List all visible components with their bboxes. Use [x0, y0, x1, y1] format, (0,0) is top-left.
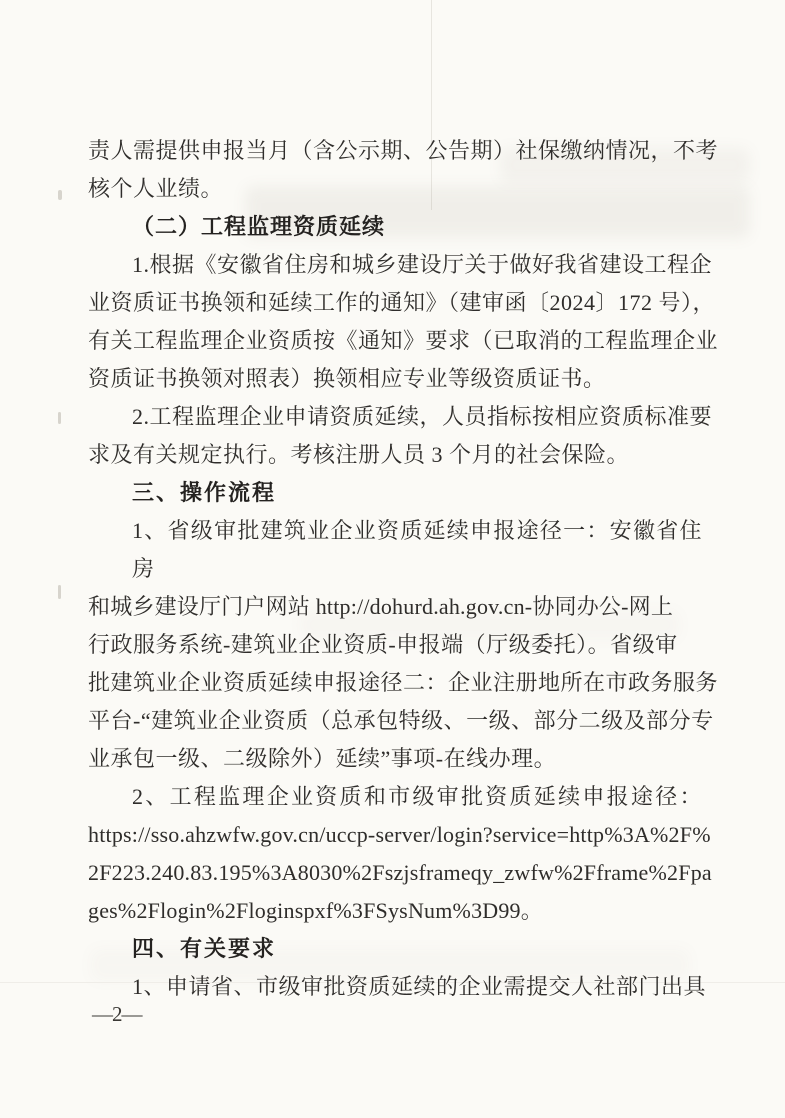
- section-heading-requirements: 四、有关要求: [88, 930, 702, 968]
- section-heading-supervision-renewal: （二）工程监理资质延续: [88, 208, 702, 246]
- url-line: 2F223.240.83.195%3A8030%2Fszjsframeqy_zw…: [88, 854, 702, 892]
- paragraph-line: 1、省级审批建筑业企业资质延续申报途径一：安徽省住房: [88, 512, 702, 588]
- ink-speck: [58, 412, 61, 424]
- url-line: ges%2Flogin%2Floginspxf%3FSysNum%3D99。: [88, 892, 702, 930]
- paragraph-line: 批建筑业企业资质延续申报途径二：企业注册地所在市政务服务: [88, 664, 702, 702]
- paragraph-line: 1.根据《安徽省住房和城乡建设厅关于做好我省建设工程企: [88, 246, 702, 284]
- url-line: https://sso.ahzwfw.gov.cn/uccp-server/lo…: [88, 816, 702, 854]
- ink-speck: [58, 585, 61, 599]
- paragraph-line: 资质证书换领对照表）换领相应专业等级资质证书。: [88, 360, 702, 398]
- paragraph-line: 业资质证书换领和延续工作的通知》（建审函〔2024〕172 号），: [88, 284, 702, 322]
- paragraph-continuation-line: 核个人业绩。: [88, 170, 702, 208]
- paragraph-line: 业承包一级、二级除外）延续”事项-在线办理。: [88, 740, 702, 778]
- paragraph-line: 有关工程监理企业资质按《通知》要求（已取消的工程监理企业: [88, 322, 702, 360]
- paragraph-continuation-line: 责人需提供申报当月（含公示期、公告期）社保缴纳情况，不考: [88, 132, 702, 170]
- paragraph-line: 平台-“建筑业企业资质（总承包特级、一级、部分二级及部分专: [88, 702, 702, 740]
- paragraph-line: 行政服务系统-建筑业企业资质-申报端（厅级委托）。省级审: [88, 626, 702, 664]
- paragraph-line: 2、工程监理企业资质和市级审批资质延续申报途径：: [88, 778, 702, 816]
- paragraph-line: 和城乡建设厅门户网站 http://dohurd.ah.gov.cn-协同办公-…: [88, 588, 702, 626]
- page-number: —2—: [92, 1002, 142, 1027]
- body-text: 责人需提供申报当月（含公示期、公告期）社保缴纳情况，不考 核个人业绩。 （二）工…: [88, 132, 702, 1006]
- section-heading-operation-process: 三、操作流程: [88, 474, 702, 512]
- paragraph-line: 求及有关规定执行。考核注册人员 3 个月的社会保险。: [88, 436, 702, 474]
- document-page: 责人需提供申报当月（含公示期、公告期）社保缴纳情况，不考 核个人业绩。 （二）工…: [0, 0, 785, 1118]
- paragraph-line: 1、申请省、市级审批资质延续的企业需提交人社部门出具: [88, 968, 702, 1006]
- ink-speck: [58, 190, 62, 200]
- paragraph-line: 2.工程监理企业申请资质延续，人员指标按相应资质标准要: [88, 398, 702, 436]
